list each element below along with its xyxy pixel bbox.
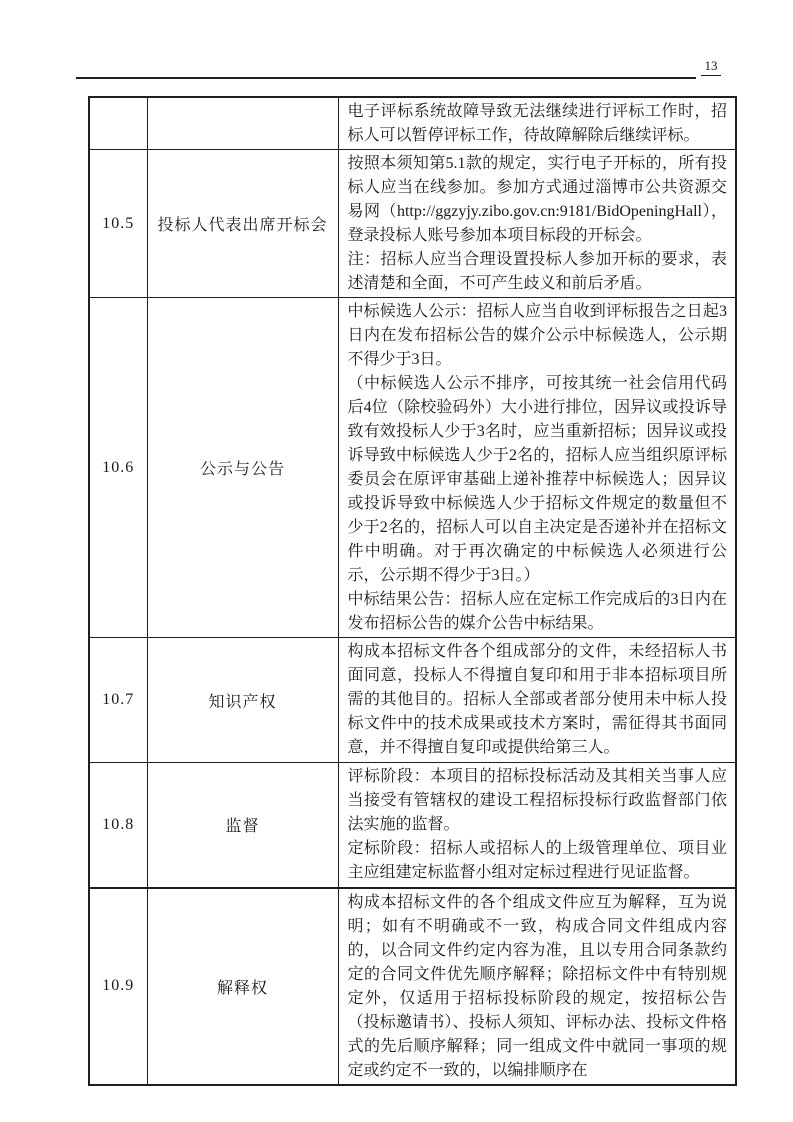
clause-paragraph: 电子评标系统故障导致无法继续进行评标工作时，招标人可以暂停评标工作，待故障解除后… [348, 100, 728, 148]
clause-content: 评标阶段：本项目的招标投标活动及其相关当事人应当接受有管辖权的建设工程招标投标行… [338, 763, 736, 888]
clause-paragraph: 中标候选人公示：招标人应当自收到评标报告之日起3日内在发布招标公告的媒介公示中标… [348, 300, 728, 372]
table-row-10-7: 10.7 知识产权 构成本招标文件各个组成部分的文件，未经招标人书面同意，投标人… [89, 638, 736, 763]
clause-content: 构成本招标文件的各个组成文件应互为解释，互为说明；如有不明确或不一致，构成合同文… [338, 888, 736, 1085]
clause-paragraph: 按照本须知第5.1款的规定，实行电子开标的，所有投标人应当在线参加。参加方式通过… [348, 152, 728, 248]
document-page: 13 电子评标系统故障导致无法继续进行评标工作时，招标人可以暂停评标工作，待故障… [0, 0, 793, 1122]
table-row-10-8: 10.8 监督 评标阶段：本项目的招标投标活动及其相关当事人应当接受有管辖权的建… [89, 763, 736, 888]
clause-number [89, 97, 147, 150]
clause-title: 投标人代表出席开标会 [147, 150, 338, 298]
clause-paragraph: 构成本招标文件的各个组成文件应互为解释，互为说明；如有不明确或不一致，构成合同文… [348, 891, 728, 1083]
page-number: 13 [701, 57, 721, 76]
clause-paragraph: 中标结果公告：招标人应在定标工作完成后的3日内在发布招标公告的媒介公告中标结果。 [348, 588, 728, 636]
clause-content: 电子评标系统故障导致无法继续进行评标工作时，招标人可以暂停评标工作，待故障解除后… [338, 97, 736, 150]
clause-number: 10.5 [89, 150, 147, 298]
clause-title [147, 97, 338, 150]
clause-paragraph: 注：招标人应当合理设置投标人参加开标的要求，表述清楚和全面，不可产生歧义和前后矛… [348, 248, 728, 296]
table-row-10-5: 10.5 投标人代表出席开标会 按照本须知第5.1款的规定，实行电子开标的，所有… [89, 150, 736, 298]
bidder-instructions-table: 电子评标系统故障导致无法继续进行评标工作时，招标人可以暂停评标工作，待故障解除后… [88, 96, 737, 1086]
header-rule [76, 77, 696, 79]
clause-paragraph: 构成本招标文件各个组成部分的文件，未经招标人书面同意，投标人不得擅自复印和用于非… [348, 640, 728, 760]
clause-content: 中标候选人公示：招标人应当自收到评标报告之日起3日内在发布招标公告的媒介公示中标… [338, 298, 736, 638]
clause-number: 10.8 [89, 763, 147, 888]
table-row-10-6: 10.6 公示与公告 中标候选人公示：招标人应当自收到评标报告之日起3日内在发布… [89, 298, 736, 638]
table-row-continuation: 电子评标系统故障导致无法继续进行评标工作时，招标人可以暂停评标工作，待故障解除后… [89, 97, 736, 150]
clause-title: 解释权 [147, 888, 338, 1085]
clause-number: 10.9 [89, 888, 147, 1085]
clause-paragraph: （中标候选人公示不排序，可按其统一社会信用代码后4位（除校验码外）大小进行排位，… [348, 372, 728, 588]
table-row-10-9: 10.9 解释权 构成本招标文件的各个组成文件应互为解释，互为说明；如有不明确或… [89, 888, 736, 1085]
clause-title: 监督 [147, 763, 338, 888]
clause-content: 按照本须知第5.1款的规定，实行电子开标的，所有投标人应当在线参加。参加方式通过… [338, 150, 736, 298]
clause-number: 10.6 [89, 298, 147, 638]
clause-paragraph: 评标阶段：本项目的招标投标活动及其相关当事人应当接受有管辖权的建设工程招标投标行… [348, 765, 728, 837]
clause-content: 构成本招标文件各个组成部分的文件，未经招标人书面同意，投标人不得擅自复印和用于非… [338, 638, 736, 763]
clause-title: 公示与公告 [147, 298, 338, 638]
clause-number: 10.7 [89, 638, 147, 763]
clause-title: 知识产权 [147, 638, 338, 763]
clause-paragraph: 定标阶段：招标人或招标人的上级管理单位、项目业主应组建定标监督小组对定标过程进行… [348, 837, 728, 885]
